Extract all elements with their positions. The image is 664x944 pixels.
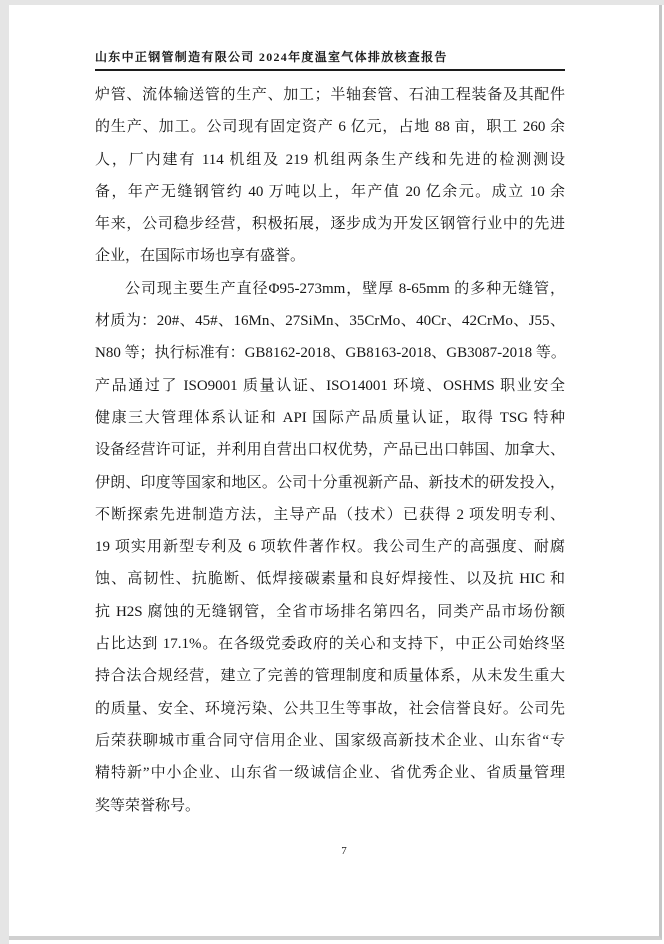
paragraph-2-line-6: 设备经营许可证，并利用自营出口权优势，产品已出口韩国、加拿大、 — [95, 434, 565, 466]
page-footer: 7 — [109, 844, 579, 858]
paragraph-2-line-9: 19 项实用新型专利及 6 项软件著作权。我公司生产的高强度、耐腐 — [95, 531, 565, 563]
paragraph-2-line-7: 伊朗、印度等国家和地区。公司十分重视新产品、新技术的研发投入， — [95, 467, 565, 499]
paragraph-2-line-13: 持合法合规经营，建立了完善的管理制度和质量体系，从未发生重大 — [95, 660, 565, 692]
paragraph-1-line-4: 备，年产无缝钢管约 40 万吨以上，年产值 20 亿余元。成立 10 余 — [95, 176, 565, 208]
paragraph-2-line-12: 占比达到 17.1%。在各级党委政府的关心和支持下，中正公司始终坚 — [95, 628, 565, 660]
paragraph-1-line-5: 年来，公司稳步经营，积极拓展，逐步成为开发区钢管行业中的先进 — [95, 208, 565, 240]
paragraph-2-line-3: N80 等；执行标准有：GB8162-2018、GB8163-2018、GB30… — [95, 337, 565, 369]
paragraph-2-line-11: 抗 H2S 腐蚀的无缝钢管，全省市场排名第四名，同类产品市场份额 — [95, 596, 565, 628]
paragraph-2-line-5: 健康三大管理体系认证和 API 国际产品质量认证，取得 TSG 特种 — [95, 402, 565, 434]
document-page: 山东中正钢管制造有限公司 2024年度温室气体排放核查报告 炉管、流体输送管的生… — [9, 5, 662, 940]
document-body: 炉管、流体输送管的生产、加工；半轴套管、石油工程装备及其配件的生产、加工。公司现… — [95, 79, 565, 822]
paragraph-2-line-4: 产品通过了 ISO9001 质量认证、ISO14001 环境、OSHMS 职业安… — [95, 370, 565, 402]
paragraph-2-line-2: 材质为：20#、45#、16Mn、27SiMn、35CrMo、40Cr、42Cr… — [95, 305, 565, 337]
viewer-gutter-left — [0, 0, 9, 944]
paragraph-2-line-10: 蚀、高韧性、抗脆断、低焊接碳素量和良好焊接性、以及抗 HIC 和 — [95, 563, 565, 595]
page-number: 7 — [341, 845, 347, 857]
header-title: 山东中正钢管制造有限公司 2024年度温室气体排放核查报告 — [95, 50, 448, 64]
pdf-viewer-canvas: 山东中正钢管制造有限公司 2024年度温室气体排放核查报告 炉管、流体输送管的生… — [0, 0, 664, 944]
paragraph-1-line-2: 的生产、加工。公司现有固定资产 6 亿元，占地 88 亩，职工 260 余 — [95, 111, 565, 143]
paragraph-2-line-14: 的质量、安全、环境污染、公共卫生等事故，社会信誉良好。公司先 — [95, 693, 565, 725]
paragraph-1-line-3: 人，厂内建有 114 机组及 219 机组两条生产线和先进的检测测设 — [95, 144, 565, 176]
paragraph-2-line-15: 后荣获聊城市重合同守信用企业、国家级高新技术企业、山东省“专 — [95, 725, 565, 757]
page-header: 山东中正钢管制造有限公司 2024年度温室气体排放核查报告 — [95, 50, 565, 71]
paragraph-1-line-6: 企业，在国际市场也享有盛誉。 — [95, 240, 565, 272]
paragraph-2-line-1: 公司现主要生产直径Φ95-273mm，壁厚 8-65mm 的多种无缝管， — [95, 273, 565, 305]
paragraph-2-line-8: 不断探索先进制造方法，主导产品（技术）已获得 2 项发明专利、 — [95, 499, 565, 531]
paragraph-2-line-17: 奖等荣誉称号。 — [95, 790, 565, 822]
paragraph-1-line-1: 炉管、流体输送管的生产、加工；半轴套管、石油工程装备及其配件 — [95, 79, 565, 111]
paragraph-2-line-16: 精特新”中小企业、山东省一级诚信企业、省优秀企业、省质量管理 — [95, 757, 565, 789]
